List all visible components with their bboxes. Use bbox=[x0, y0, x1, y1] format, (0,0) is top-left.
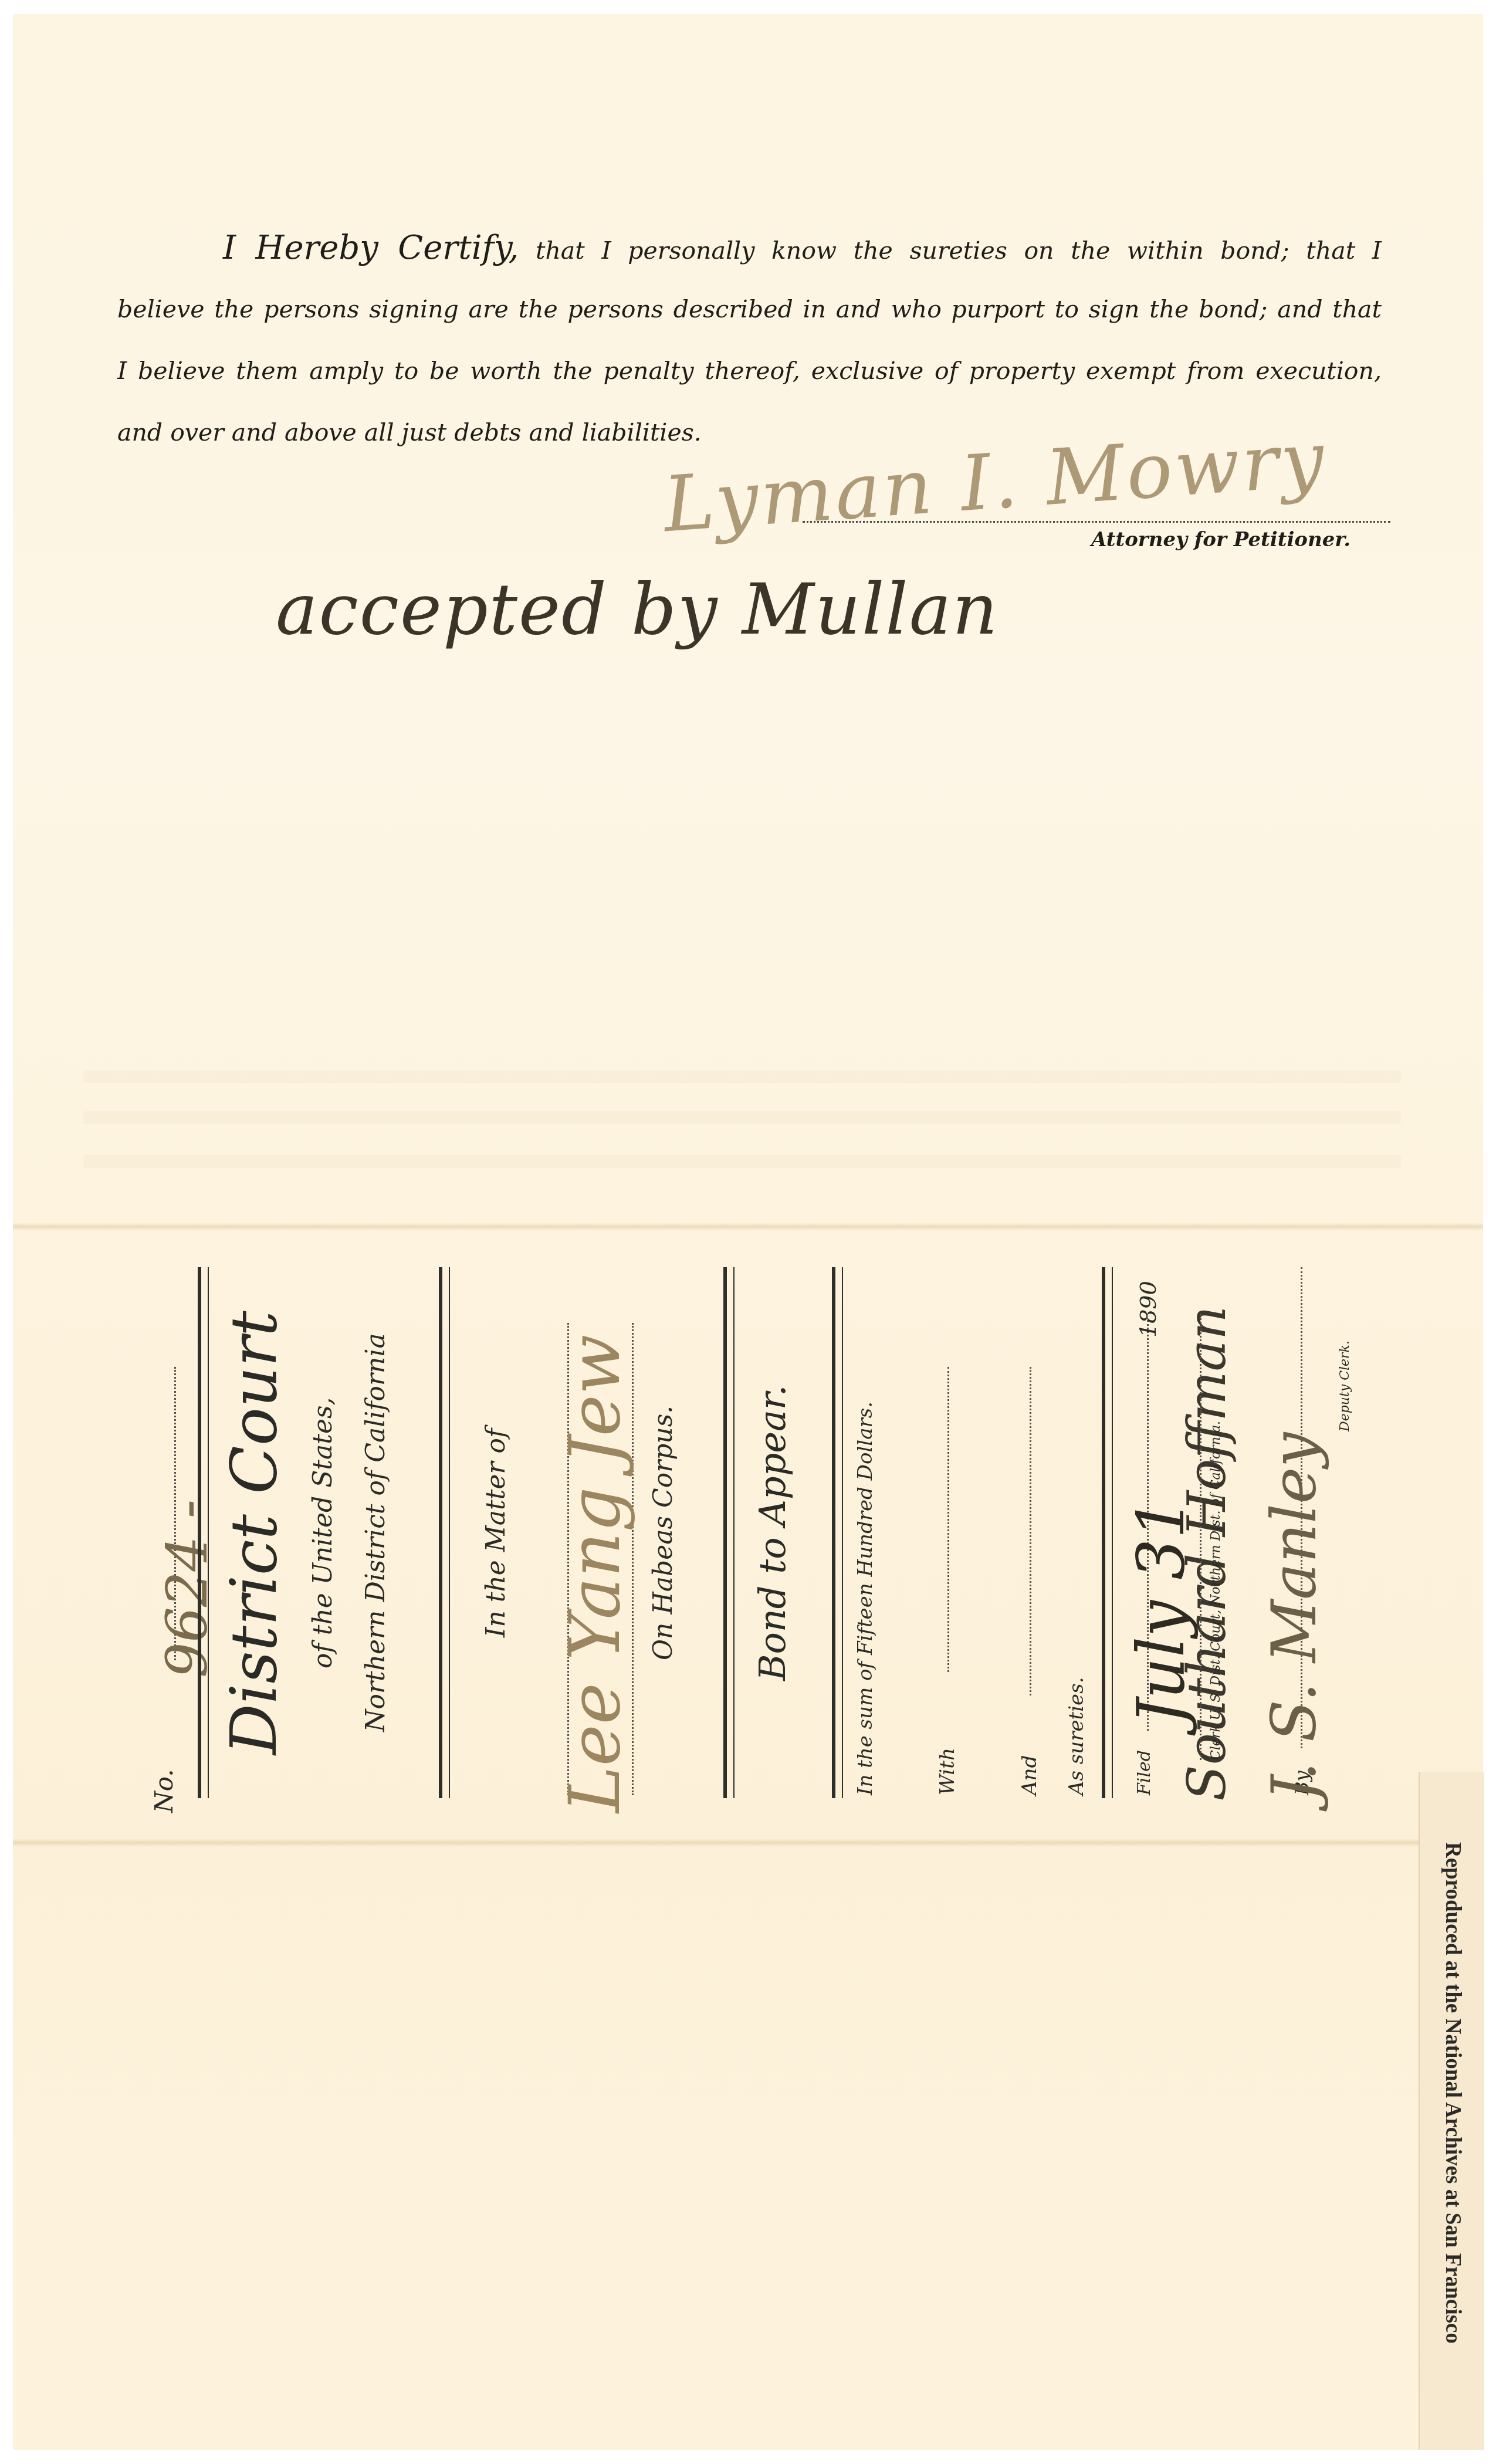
filed-label: Filed bbox=[1134, 1731, 1155, 1795]
court-district: Northern District of California bbox=[361, 1267, 391, 1798]
petitioner-handwritten: Lee Yang Jew bbox=[554, 1250, 636, 1813]
double-rule bbox=[1102, 1267, 1109, 1798]
surety-line-2 bbox=[1030, 1367, 1031, 1695]
bond-sum: In the sum of Fifteen Hundred Dollars. bbox=[854, 1279, 877, 1795]
clerk-label: Clerk U. S. Dist. Court, Northern Dist. … bbox=[1209, 1279, 1223, 1760]
double-rule bbox=[198, 1267, 205, 1798]
double-rule bbox=[832, 1267, 839, 1798]
deputy-signature: J. S. Manley bbox=[1258, 1297, 1330, 1801]
docket-endorsement: No. 9624 - District Court of the United … bbox=[150, 1250, 1411, 1813]
clerk-signature: Southard Hoffman bbox=[1176, 1297, 1238, 1801]
double-rule bbox=[723, 1267, 730, 1798]
surety-line-1 bbox=[947, 1367, 949, 1672]
signature-label: Attorney for Petitioner. bbox=[1091, 528, 1351, 551]
matter-label: In the Matter of bbox=[481, 1267, 511, 1798]
docket-number-handwritten: 9624 - bbox=[155, 1443, 220, 1678]
fold-crease bbox=[13, 1223, 1483, 1231]
and-label: And bbox=[1018, 1695, 1041, 1795]
filed-year: 1890 bbox=[1135, 1267, 1161, 1338]
bleed-through-text bbox=[83, 1111, 1401, 1124]
certificate-line: I Hereby Certify, that I personally know… bbox=[117, 217, 1382, 279]
court-title: District Court bbox=[223, 1267, 286, 1798]
fold-crease bbox=[13, 1839, 1483, 1847]
instrument-title: Bond to Appear. bbox=[751, 1267, 794, 1798]
bleed-through-text bbox=[83, 1155, 1401, 1168]
double-rule bbox=[439, 1267, 446, 1798]
deputy-label: Deputy Clerk. bbox=[1338, 1285, 1352, 1431]
acceptance-annotation: accepted by Mullan bbox=[276, 569, 999, 651]
court-subtitle: of the United States, bbox=[308, 1267, 338, 1798]
sureties-label: As sureties. bbox=[1065, 1619, 1088, 1795]
certificate-line: believe the persons signing are the pers… bbox=[117, 279, 1382, 340]
with-label: With bbox=[936, 1672, 959, 1795]
signature-line bbox=[803, 521, 1390, 523]
clerk-line bbox=[1200, 1314, 1201, 1760]
archive-reproduction-notice: Reproduced at the National Archives at S… bbox=[1440, 1842, 1465, 2344]
proceeding-type: On Habeas Corpus. bbox=[648, 1267, 678, 1798]
certificate-line: I believe them amply to be worth the pen… bbox=[117, 340, 1382, 402]
bleed-through-text bbox=[83, 1070, 1401, 1083]
